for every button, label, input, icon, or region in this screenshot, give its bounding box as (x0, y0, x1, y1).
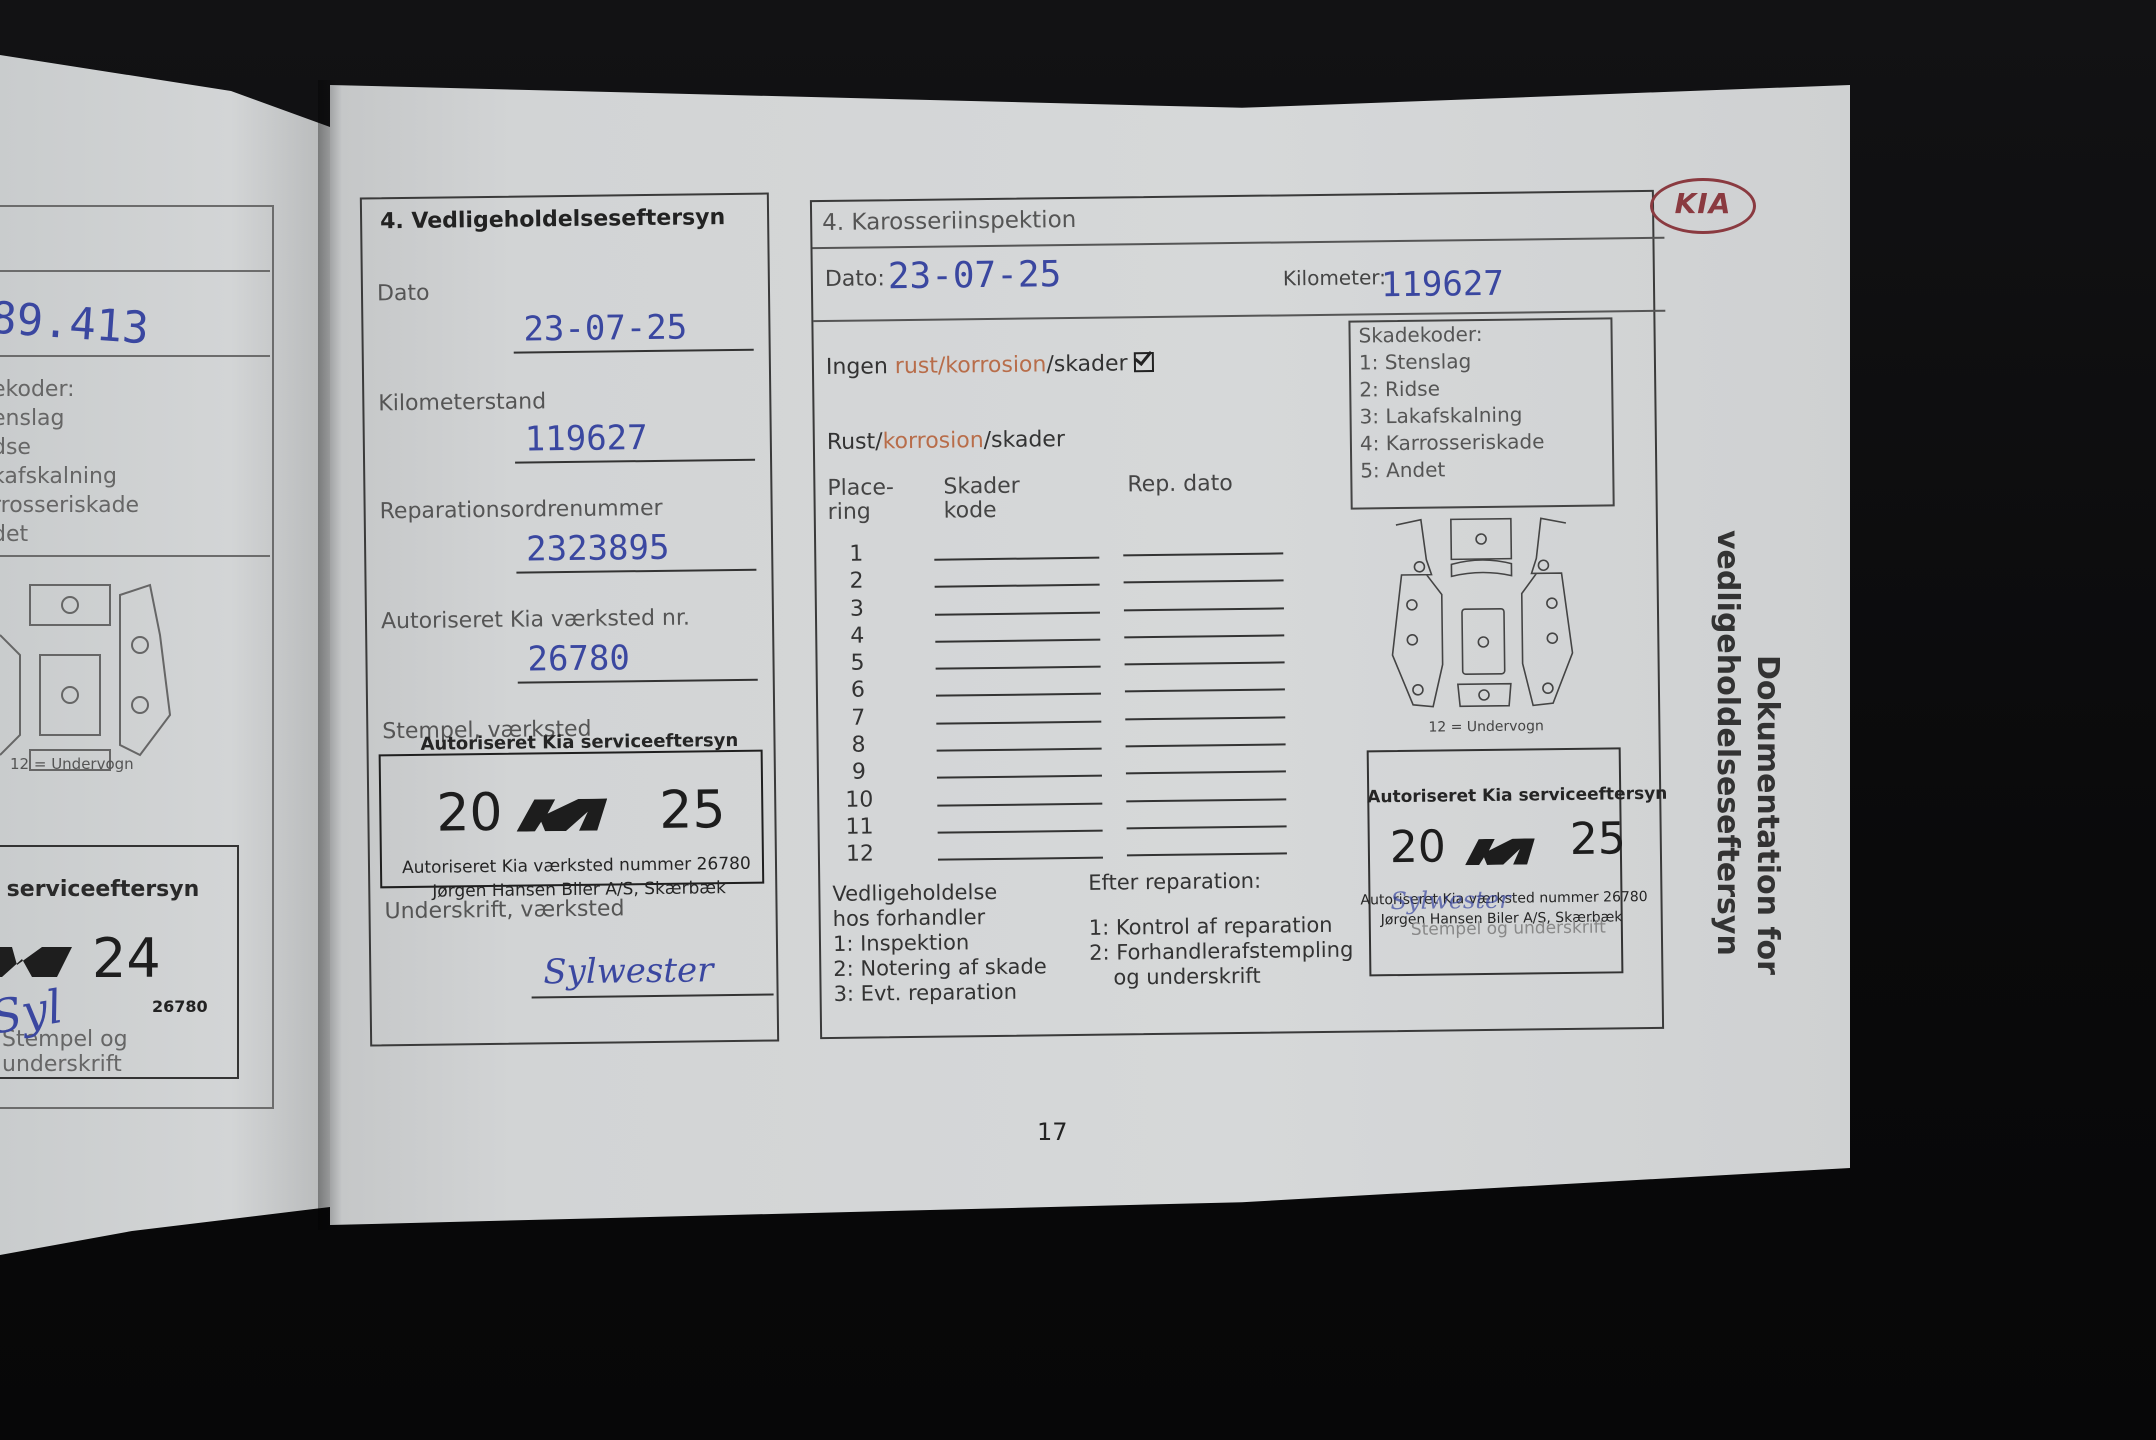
text: Rust/ (827, 429, 883, 455)
repair-date-field[interactable] (1126, 798, 1286, 802)
repair-date-field[interactable] (1123, 552, 1283, 556)
left-car-diagram-icon (0, 575, 200, 775)
damage-code-field[interactable] (934, 557, 1099, 561)
text: kode (944, 499, 1021, 524)
km-label: Kilometer: (1283, 265, 1386, 290)
left-diagram-caption: 12 = Undervogn (10, 755, 134, 773)
repair-date-field[interactable] (1125, 662, 1285, 666)
divider (0, 355, 270, 357)
repair-date-field[interactable] (1124, 580, 1284, 584)
text: Ingen (826, 354, 895, 380)
workshop-stamp: Autoriseret Kia serviceeftersyn 20 25 Au… (379, 750, 765, 889)
damage-code-header: Skader kode (943, 475, 1020, 524)
repair-date-field[interactable] (1124, 634, 1284, 638)
left-km-value: 89.413 (0, 293, 151, 355)
signature-label: Underskrift, værksted (384, 896, 624, 924)
text: 1: Inspektion (833, 929, 1047, 957)
damage-code-field[interactable] (936, 666, 1101, 670)
odometer-field[interactable]: 119627 (515, 415, 756, 464)
code-line: det (0, 520, 139, 549)
placement-number: 5 (839, 651, 875, 676)
stamp-workshop-number: 26780 (152, 997, 208, 1016)
placement-number: 8 (840, 732, 876, 757)
text: hos forhandler (833, 904, 1047, 932)
damage-code-field[interactable] (938, 830, 1103, 834)
repair-date-field[interactable] (1127, 825, 1287, 829)
date-label: Dato: (825, 266, 885, 292)
text: Place- (827, 476, 894, 501)
side-title: Dokumentation for vedligeholdelsesefters… (1690, 530, 1785, 1070)
stamp-header: Autoriseret Kia serviceeftersyn (420, 730, 738, 755)
placement-header: Place- ring (827, 476, 894, 525)
repair-date-field[interactable] (1125, 716, 1285, 720)
side-title-line-1: Dokumentation for (1750, 655, 1785, 975)
left-workshop-stamp: A serviceeftersyn 24 26780 Stempel og un… (0, 845, 239, 1079)
diagram-caption: 12 = Undervogn (1428, 718, 1544, 735)
stamp-year-left: 20 (436, 783, 503, 844)
kia-logo-icon (516, 798, 646, 832)
text: Efter reparation: (1088, 868, 1353, 896)
logo-text: KIA (1653, 181, 1753, 231)
divider (0, 270, 270, 272)
divider (0, 555, 270, 557)
legend-after-repair: Efter reparation: 1: Kontrol af reparati… (1088, 868, 1354, 991)
legend-maintenance: Vedligeholdelse hos forhandler 1: Inspek… (832, 879, 1047, 1007)
stamp-header: Autoriseret Kia serviceeftersyn (1367, 784, 1667, 808)
damage-code-field[interactable] (936, 693, 1101, 697)
divider (812, 237, 1664, 249)
damage-code-field[interactable] (935, 584, 1100, 588)
km-field[interactable]: 119627 (1381, 264, 1504, 305)
left-page: 89.413 ekoder: enslag dse kafskalning rr… (0, 55, 330, 1255)
stamp-year: 24 (92, 927, 161, 990)
kia-logo-icon (0, 947, 72, 977)
odometer-label: Kilometerstand (378, 389, 546, 416)
damage-code-field[interactable] (936, 720, 1101, 724)
damage-heading: Rust/korrosion/skader (827, 427, 1065, 455)
text: 2: Forhandlerafstempling (1089, 938, 1354, 966)
stamp-year-right: 25 (659, 780, 726, 841)
date-field[interactable]: 23-07-25 (888, 254, 1062, 297)
maintenance-inspection-box: 4. Vedligeholdelseseftersyn Dato 23-07-2… (360, 193, 779, 1047)
code-item: 2: Ridse (1351, 373, 1611, 403)
repair-date-field[interactable] (1125, 689, 1285, 693)
left-damage-codes: ekoder: enslag dse kafskalning rrosseris… (0, 375, 139, 549)
no-damage-checkbox[interactable] (1133, 352, 1153, 372)
code-item: 1: Stenslag (1351, 346, 1611, 376)
code-line: rrosseriskade (0, 491, 139, 520)
damage-code-field[interactable] (935, 639, 1100, 643)
repair-date-field[interactable] (1124, 607, 1284, 611)
text: /skader (1046, 351, 1128, 377)
signature-field[interactable]: Sylwester (531, 950, 774, 999)
text: Vedligeholdelse (832, 879, 1046, 907)
placement-number: 12 (842, 842, 878, 867)
page-number: 17 (1037, 1118, 1068, 1146)
repair-date-field[interactable] (1127, 853, 1287, 857)
car-body-diagram-icon (1381, 513, 1583, 715)
stamp-line-1: Autoriseret Kia værksted nummer 26780 (402, 854, 751, 878)
body-inspection-box: 4. Karosseriinspektion Dato: 23-07-25 Ki… (810, 190, 1664, 1039)
text: 2: Notering af skade (833, 954, 1047, 982)
box-title: 4. Karosseriinspektion (822, 207, 1076, 236)
text: og underskrift (1089, 963, 1354, 991)
workshop-number-field[interactable]: 26780 (517, 635, 758, 684)
text-accent: korrosion (882, 428, 983, 454)
stamp-header: A serviceeftersyn (0, 877, 199, 902)
kia-brand-logo: KIA (1650, 178, 1756, 234)
placement-number: 10 (841, 787, 877, 812)
workshop-number-label: Autoriseret Kia værksted nr. (381, 606, 690, 635)
kia-logo-icon (1465, 838, 1565, 865)
damage-code-field[interactable] (937, 802, 1102, 806)
side-title-line-2: vedligeholdelseseftersyn (1710, 530, 1745, 956)
damage-code-field[interactable] (938, 857, 1103, 861)
text: 3: Evt. reparation (833, 979, 1047, 1007)
no-damage-line: Ingen rust/korrosion/skader (826, 350, 1154, 380)
damage-code-field[interactable] (937, 775, 1102, 779)
code-line: ekoder: (0, 375, 139, 404)
book-binding (318, 80, 342, 1230)
placement-number: 3 (839, 596, 875, 621)
text: ring (828, 500, 895, 525)
placement-number: 6 (840, 678, 876, 703)
text: /skader (984, 427, 1066, 453)
damage-code-field[interactable] (935, 611, 1100, 615)
code-line: enslag (0, 404, 139, 433)
table-row: 12 (842, 836, 1312, 869)
date-label: Dato (377, 281, 430, 307)
text: 1: Kontrol af reparation (1089, 913, 1354, 941)
text: Skader (943, 475, 1020, 500)
repair-order-label: Reparationsordrenummer (380, 496, 663, 524)
stamp-signature[interactable]: Sylwester (1390, 886, 1510, 915)
code-item: 5: Andet (1352, 454, 1612, 484)
placement-number: 11 (841, 814, 877, 839)
body-inspection-stamp: Autoriseret Kia serviceeftersyn 20 25 Au… (1367, 747, 1624, 976)
stamp-year-left: 20 (1390, 821, 1447, 873)
stamp-underlay: Stempel og underskrift (1411, 918, 1606, 940)
text-accent: rust/korrosion (895, 352, 1047, 379)
placement-number: 4 (839, 623, 875, 648)
date-field[interactable]: 23-07-25 (513, 305, 754, 354)
repair-date-header: Rep. dato (1127, 472, 1233, 497)
code-item: 3: Lakafskalning (1351, 400, 1611, 430)
placement-number: 9 (841, 760, 877, 785)
placement-number: 1 (838, 541, 874, 566)
code-item: 4: Karrosseriskade (1352, 427, 1612, 457)
placement-number: 7 (840, 705, 876, 730)
codes-title: Skadekoder: (1350, 319, 1610, 349)
damage-codes-box: Skadekoder: 1: Stenslag 2: Ridse 3: Laka… (1348, 317, 1614, 509)
code-line: dse (0, 433, 139, 462)
damage-table: 1 2 3 4 5 6 7 8 9 10 11 12 (838, 536, 1312, 869)
placement-number: 2 (838, 569, 874, 594)
damage-code-field[interactable] (937, 748, 1102, 752)
repair-date-field[interactable] (1126, 771, 1286, 775)
repair-date-field[interactable] (1126, 743, 1286, 747)
stamp-year-right: 25 (1569, 813, 1626, 865)
code-line: kafskalning (0, 462, 139, 491)
box-title: 4. Vedligeholdelseseftersyn (380, 205, 725, 234)
repair-order-field[interactable]: 2323895 (516, 525, 757, 574)
